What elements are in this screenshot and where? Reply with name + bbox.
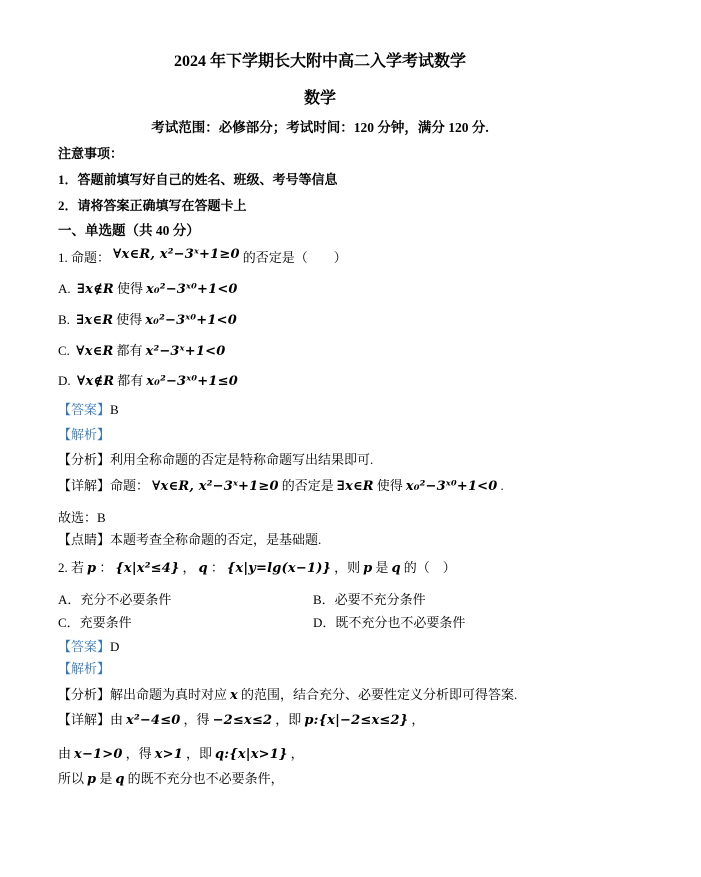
math-fragment: p [84, 561, 99, 576]
math-fragment: ∀x∈R, x²−3ˣ+1≥0 [110, 247, 243, 262]
q2-option-a: A．充分不必要条件 [58, 592, 313, 608]
q1-option-b: B. ∃x∈R使得x₀²−3ˣ⁰+1<0 [58, 312, 240, 329]
math-fragment: x²−3ˣ+1<0 [143, 344, 229, 359]
text-fragment: 由 [58, 746, 71, 761]
text-fragment: 使得 [377, 478, 403, 493]
text-fragment: ，得 [184, 712, 210, 727]
q2-options-row-2: C．充要条件D．既不充分也不必要条件 [58, 615, 465, 631]
math-fragment: p:{x|−2≤x≤2} [301, 713, 411, 728]
q2-answer-value: D [110, 639, 119, 654]
math-fragment: ∀x∈R, x²−3ˣ+1≥0 [149, 479, 282, 494]
math-fragment: ∀x∈R [73, 344, 116, 359]
text-fragment: 是 [375, 560, 388, 575]
math-fragment: x>1 [152, 747, 186, 762]
q1-option-a: A. ∃x∉R使得x₀²−3ˣ⁰+1<0 [58, 281, 241, 298]
math-fragment: ∃x∈R [334, 479, 377, 494]
math-fragment: x²−4≤0 [123, 713, 184, 728]
text-fragment: 的范围，结合充分、必要性定义分析即可得答案. [241, 687, 517, 702]
math-fragment: q [388, 561, 403, 576]
math-fragment: q [196, 561, 211, 576]
text-fragment: 2. 若 [58, 560, 84, 575]
text-fragment: 【分析】解出命题为真时对应 [58, 687, 227, 702]
text-fragment: 的既不充分也不必要条件， [128, 771, 284, 786]
text-fragment: ， [183, 560, 196, 575]
q2-option-b: B．必要不充分条件 [313, 592, 426, 607]
text-fragment: . [501, 478, 504, 493]
math-fragment: x−1>0 [71, 747, 126, 762]
text-fragment: ，即 [275, 712, 301, 727]
text-fragment: 都有 [117, 373, 143, 388]
q1-answer-line: 【答案】B [58, 402, 119, 418]
text-fragment: ，即 [186, 746, 212, 761]
q1-option-d: D. ∀x∉R都有x₀²−3ˣ⁰+1≤0 [58, 373, 241, 390]
q2-jiexi-label: 【解析】 [58, 661, 110, 677]
math-fragment: q [112, 772, 127, 787]
exam-info: 考试范围：必修部分；考试时间：120 分钟，满分 120 分. [0, 120, 640, 137]
exam-subtitle: 数学 [0, 89, 640, 109]
text-fragment: 的否定是 [282, 478, 334, 493]
math-fragment: x [227, 688, 241, 703]
q2-answer-line: 【答案】D [58, 639, 119, 655]
text-fragment: A. [58, 281, 74, 296]
math-fragment: ∀x∉R [74, 374, 117, 389]
math-fragment: {x|y=lg(x−1)} [224, 561, 334, 576]
q2-fenxi: 【分析】解出命题为真时对应x的范围，结合充分、必要性定义分析即可得答案. [58, 687, 517, 704]
q1-option-c: C. ∀x∈R都有x²−3ˣ+1<0 [58, 343, 228, 360]
q1-stem: 1. 命题：∀x∈R, x²−3ˣ+1≥0的否定是（ ） [58, 250, 347, 267]
math-fragment: x₀²−3ˣ⁰+1<0 [143, 282, 241, 297]
notice-heading: 注意事项： [58, 146, 123, 162]
q1-fenxi: 【分析】利用全称命题的否定是特称命题写出结果即可. [58, 452, 373, 468]
text-fragment: ， [291, 746, 304, 761]
text-fragment: 都有 [116, 343, 142, 358]
q1-jiexi-label: 【解析】 [58, 427, 110, 443]
text-fragment: 【详解】命题： [58, 478, 149, 493]
text-fragment: ： [211, 560, 224, 575]
q2-option-d: D．既不充分也不必要条件 [313, 615, 465, 630]
text-fragment: 1. 命题： [58, 250, 110, 265]
math-fragment: x₀²−3ˣ⁰+1<0 [142, 313, 240, 328]
math-fragment: ∃x∈R [73, 313, 116, 328]
text-fragment: ，则 [334, 560, 360, 575]
text-fragment: 是 [99, 771, 112, 786]
q1-xiangjie: 【详解】命题：∀x∈R, x²−3ˣ+1≥0的否定是∃x∈R使得x₀²−3ˣ⁰+… [58, 478, 504, 495]
math-fragment: −2≤x≤2 [210, 713, 276, 728]
math-fragment: q:{x|x>1} [212, 747, 291, 762]
math-fragment: {x|x²≤4} [112, 561, 182, 576]
answer-label: 【答案】 [58, 639, 110, 654]
q2-stem: 2. 若p：{x|x²≤4}，q：{x|y=lg(x−1)}，则p是q的（ ） [58, 560, 456, 577]
math-fragment: p [360, 561, 375, 576]
text-fragment: 的（ ） [404, 560, 456, 575]
text-fragment: ，得 [126, 746, 152, 761]
q2-xiangjie-3: 所以p是q的既不充分也不必要条件， [58, 771, 284, 788]
text-fragment: 使得 [117, 281, 143, 296]
text-fragment: D. [58, 373, 74, 388]
q1-answer-value: B [110, 402, 119, 417]
text-fragment: 所以 [58, 771, 84, 786]
text-fragment: C. [58, 343, 73, 358]
math-fragment: x₀²−3ˣ⁰+1<0 [403, 479, 501, 494]
answer-label: 【答案】 [58, 402, 110, 417]
math-fragment: p [84, 772, 99, 787]
q1-guxuan: 故选：B [58, 510, 106, 526]
text-fragment: ： [99, 560, 112, 575]
text-fragment: 【详解】由 [58, 712, 123, 727]
text-fragment: ， [411, 712, 424, 727]
math-fragment: ∃x∉R [74, 282, 117, 297]
text-fragment: 使得 [116, 312, 142, 327]
q2-options-row-1: A．充分不必要条件B．必要不充分条件 [58, 592, 426, 608]
notice-item-1: 1．答题前填写好自己的姓名、班级、考号等信息 [58, 172, 338, 188]
q2-xiangjie-2: 由x−1>0，得x>1，即q:{x|x>1}， [58, 746, 304, 763]
exam-document-page: 2024 年下学期长大附中高二入学考试数学 数学 考试范围：必修部分；考试时间：… [0, 0, 701, 877]
q2-xiangjie-1: 【详解】由x²−4≤0，得−2≤x≤2，即p:{x|−2≤x≤2}， [58, 712, 424, 729]
section-heading: 一、单选题（共 40 分） [58, 223, 200, 240]
q2-option-c: C．充要条件 [58, 615, 313, 631]
math-fragment: x₀²−3ˣ⁰+1≤0 [143, 374, 241, 389]
q1-dianjing: 【点睛】本题考查全称命题的否定，是基础题. [58, 532, 321, 548]
notice-item-2: 2．请将答案正确填写在答题卡上 [58, 198, 247, 214]
text-fragment: 的否定是（ ） [243, 250, 347, 265]
exam-title: 2024 年下学期长大附中高二入学考试数学 [0, 52, 640, 72]
text-fragment: B. [58, 312, 73, 327]
